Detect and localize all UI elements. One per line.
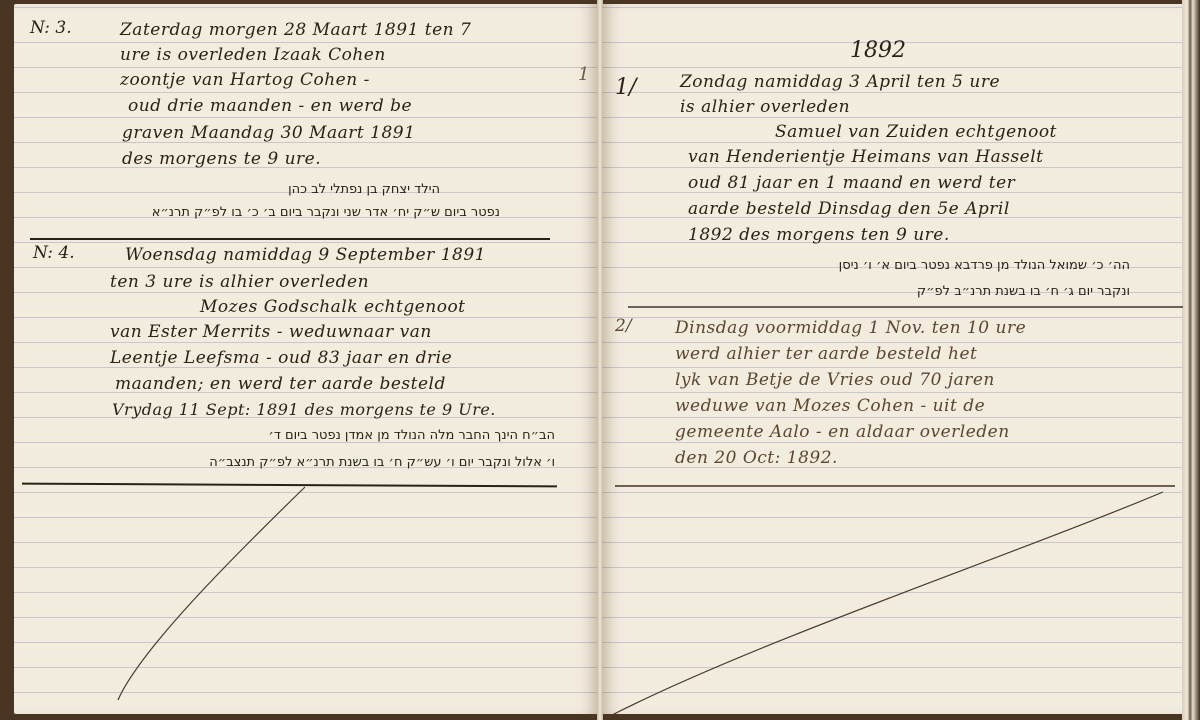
entry-line: is alhier overleden <box>680 95 850 120</box>
entry-divider <box>615 485 1175 487</box>
entry-line: Zondag namiddag 3 April ten 5 ure <box>680 70 1000 95</box>
entry-line: gemeente Aalo - en aldaar overleden <box>675 420 1010 445</box>
entry-line: Dinsdag voormiddag 1 Nov. ten 10 ure <box>675 316 1026 341</box>
hebrew-line: ו׳ אלול ונקבר יום ו׳ עש״ק ח׳ בו בשנת תרנ… <box>209 455 555 470</box>
entry-line: aarde besteld Dinsdag den 5e April <box>688 197 1010 222</box>
margin-mark: 1 <box>578 64 589 85</box>
entry-number: 1/ <box>615 75 636 100</box>
entry-line: Vrydag 11 Sept: 1891 des morgens te 9 Ur… <box>112 398 496 423</box>
entry-number: 2/ <box>615 316 632 336</box>
entry-line: oud drie maanden - en werd be <box>128 94 412 119</box>
entry-line: ten 3 ure is alhier overleden <box>110 270 369 295</box>
entry-line: oud 81 jaar en 1 maand en werd ter <box>688 171 1015 196</box>
entry-line: van Henderientje Heimans van Hasselt <box>688 145 1044 170</box>
entry-number: N: 3. <box>30 18 72 38</box>
entry-line: den 20 Oct: 1892. <box>675 446 838 471</box>
entry-line: werd alhier ter aarde besteld het <box>675 342 977 367</box>
entry-divider <box>30 238 550 240</box>
entry-line: Samuel van Zuiden echtgenoot <box>775 120 1057 145</box>
entry-line: weduwe van Mozes Cohen - uit de <box>675 394 985 419</box>
entry-line: Mozes Godschalk echtgenoot <box>200 295 466 320</box>
entry-line: 1892 des morgens ten 9 ure. <box>688 223 950 248</box>
entry-line: zoontje van Hartog Cohen - <box>120 68 370 93</box>
hebrew-line: הילד יצחק בן נפתלי לב כהן <box>288 182 440 197</box>
entry-line: Woensdag namiddag 9 September 1891 <box>125 243 486 268</box>
entry-line: Zaterdag morgen 28 Maart 1891 ten 7 <box>120 18 471 43</box>
entry-line: des morgens te 9 ure. <box>122 147 321 172</box>
entry-number: N: 4. <box>33 243 75 263</box>
hebrew-line: נפטר ביום ש״ק יח׳ אדר שני ונקבר ביום ב׳ … <box>152 205 500 220</box>
entry-line: maanden; en werd ter aarde besteld <box>115 372 446 397</box>
open-register-book: N: 3. Zaterdag morgen 28 Maart 1891 ten … <box>0 0 1200 720</box>
entry-divider <box>628 306 1183 308</box>
hebrew-line: הה׳ כ׳ שמואל הנולד מן פרדבא נפטר ביום א׳… <box>839 258 1130 273</box>
entry-line: van Ester Merrits - weduwnaar van <box>110 320 432 345</box>
entry-line: ure is overleden Izaak Cohen <box>120 43 386 68</box>
entry-line: Leentje Leefsma - oud 83 jaar en drie <box>110 346 452 371</box>
entry-line: lyk van Betje de Vries oud 70 jaren <box>675 368 995 393</box>
hebrew-line: ונקבר יום ג׳ ח׳ בו בשנת תרנ״ב לפ״ק <box>917 284 1130 299</box>
year-heading: 1892 <box>850 38 906 63</box>
page-edges <box>1182 0 1200 720</box>
hebrew-line: הב״ח הינך החבר מלה הנולד מן אמדן נפטר בי… <box>268 428 555 443</box>
entry-line: graven Maandag 30 Maart 1891 <box>122 121 415 146</box>
